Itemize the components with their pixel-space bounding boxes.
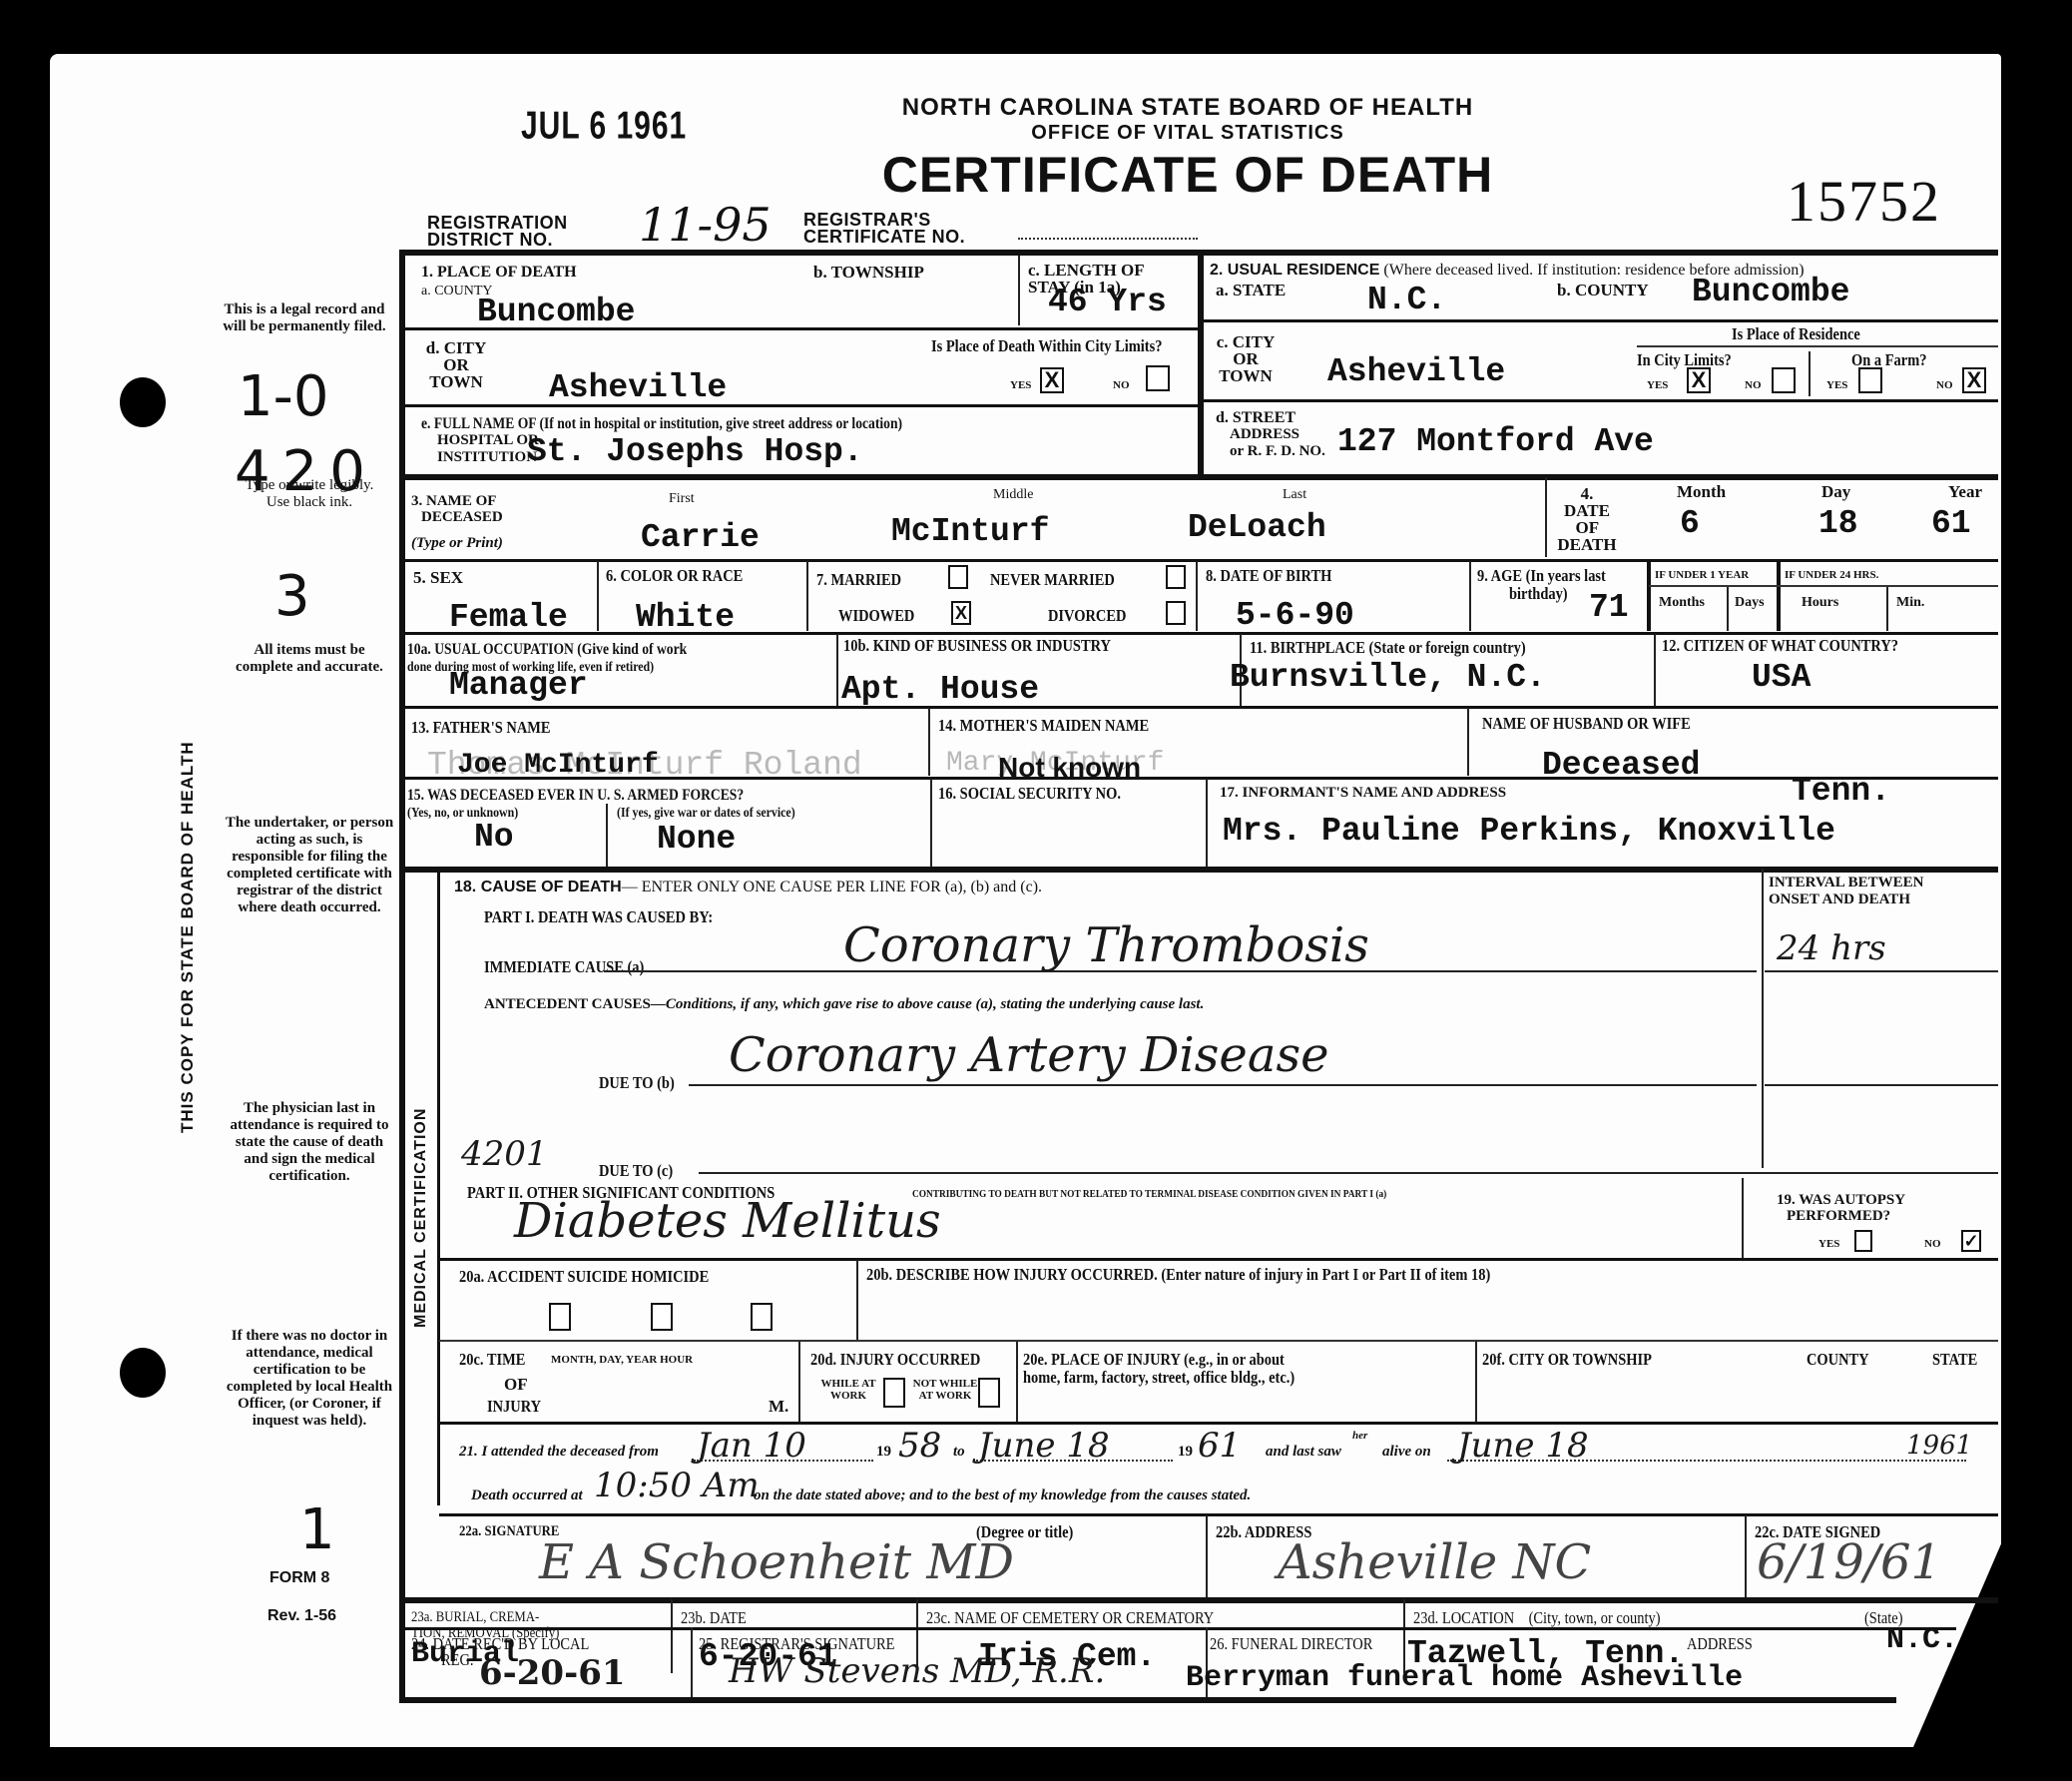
divider xyxy=(439,1340,1998,1342)
vertical-copy-label: THIS COPY FOR STATE BOARD OF HEALTH xyxy=(178,741,198,1133)
accident-checkbox[interactable] xyxy=(549,1303,571,1331)
immediate-cause-label: IMMEDIATE CAUSE (a) xyxy=(484,958,644,975)
divider xyxy=(597,561,599,631)
dob-value: 5-6-90 xyxy=(1236,599,1354,633)
due-to-c-label: DUE TO (c) xyxy=(599,1162,673,1179)
divider xyxy=(405,867,1998,873)
divider xyxy=(1467,708,1469,776)
certificate-number: 15752 xyxy=(1787,168,1941,235)
header-board-of-health: NORTH CAROLINA STATE BOARD OF HEALTH xyxy=(838,94,1537,122)
part2-note: CONTRIBUTING TO DEATH BUT NOT RELATED TO… xyxy=(912,1188,1386,1200)
location-label: 23d. LOCATION (City, town, or county) xyxy=(1413,1609,1661,1626)
time-of-injury-injury: INJURY xyxy=(487,1398,541,1415)
divider xyxy=(1469,561,1471,631)
armed-forces-label: 15. WAS DECEASED EVER IN U. S. ARMED FOR… xyxy=(407,787,744,804)
death-occurred-note: on the date stated above; and to the bes… xyxy=(754,1487,1251,1504)
margin-code: 4201 xyxy=(461,1136,548,1172)
injury-state-label: STATE xyxy=(1932,1351,1977,1368)
divider xyxy=(1886,587,1888,631)
never-married-label: NEVER MARRIED xyxy=(990,571,1115,588)
middle-name-value: McInturf xyxy=(891,515,1049,549)
age-label-b: birthday) xyxy=(1509,585,1568,602)
divider xyxy=(399,1627,405,1701)
autopsy-label-b: PERFORMED? xyxy=(1787,1208,1890,1225)
within-city-label: Is Place of Death Within City Limits? xyxy=(931,337,1162,354)
divider xyxy=(439,1513,1998,1516)
divider xyxy=(691,1627,693,1701)
informant-state-value: Tenn. xyxy=(1792,775,1890,809)
death-month-value: 6 xyxy=(1680,507,1700,541)
in-city-no-checkbox[interactable] xyxy=(1772,367,1796,393)
death-day-value: 18 xyxy=(1818,507,1858,541)
injury-occurred-label: 20d. INJURY OCCURRED xyxy=(810,1351,980,1368)
name-label-c: (Type or Print) xyxy=(411,535,503,552)
length-of-stay-value: 46 Yrs xyxy=(1048,286,1167,319)
received-stamp: JUL 6 1961 xyxy=(521,105,687,149)
no-label: NO xyxy=(1936,379,1953,391)
last-saw-date: June 18 xyxy=(1457,1428,1589,1464)
last-label: Last xyxy=(1283,487,1306,502)
punch-hole-bottom xyxy=(120,1348,166,1398)
divider xyxy=(405,632,1998,635)
registrar-cert-label: REGISTRAR'S CERTIFICATE NO. xyxy=(803,212,1023,246)
divider xyxy=(928,708,930,776)
divider xyxy=(437,867,440,1505)
no-label: NO xyxy=(1924,1238,1941,1250)
time-of-injury-m: M. xyxy=(769,1398,788,1415)
note-undertaker: The undertaker, or person acting as such… xyxy=(225,815,394,916)
while-at-work-checkbox[interactable] xyxy=(883,1378,905,1408)
registrar-signature-label: 25. REGISTRAR'S SIGNATURE xyxy=(699,1635,894,1652)
sex-label: 5. SEX xyxy=(413,569,463,586)
divider xyxy=(1777,561,1781,631)
place-of-injury-label-b: home, farm, factory, street, office bldg… xyxy=(1023,1369,1295,1386)
first-name-value: Carrie xyxy=(641,521,760,555)
citizen-value: USA xyxy=(1752,661,1811,695)
date-received-label-a: 24. DATE REC'D BY LOCAL xyxy=(411,1635,589,1652)
street-label-a: d. STREET xyxy=(1216,409,1295,426)
note-type-legibly: Type or write legibly. Use black ink. xyxy=(235,477,384,511)
institution-label-a: e. FULL NAME OF (If not in hospital or i… xyxy=(421,415,902,432)
divider xyxy=(399,250,405,1700)
informant-label: 17. INFORMANT'S NAME AND ADDRESS xyxy=(1220,785,1506,802)
injury-description-label: 20b. DESCRIBE HOW INJURY OCCURRED. (Ente… xyxy=(866,1266,1490,1283)
divider xyxy=(439,1422,1998,1425)
funeral-director-value: Berryman funeral home Asheville xyxy=(1186,1661,1743,1695)
last-saw-her: her xyxy=(1352,1430,1367,1442)
city-label: d. CITY OR TOWN xyxy=(421,339,491,390)
age-label-a: 9. AGE (In years last xyxy=(1477,567,1606,584)
note-all-items: All items must be complete and accurate. xyxy=(225,642,394,676)
within-city-no-checkbox[interactable] xyxy=(1146,365,1170,391)
hours-label: Hours xyxy=(1802,595,1838,610)
divider xyxy=(1206,779,1208,869)
institution-label-c: INSTITUTION xyxy=(437,449,537,466)
birthplace-label: 11. BIRTHPLACE (State or foreign country… xyxy=(1250,639,1526,656)
middle-label: Middle xyxy=(993,487,1033,502)
funeral-director-label: 26. FUNERAL DIRECTOR xyxy=(1210,1635,1372,1652)
dob-label: 8. DATE OF BIRTH xyxy=(1206,567,1331,584)
page-title: CERTIFICATE OF DEATH xyxy=(818,146,1557,204)
city-township-label: 20f. CITY OR TOWNSHIP xyxy=(1482,1351,1652,1368)
residence-county-label: b. COUNTY xyxy=(1557,282,1649,298)
yes-label: YES xyxy=(1010,379,1031,391)
date-signed-value: 6/19/61 xyxy=(1757,1537,1941,1587)
divider xyxy=(836,634,838,706)
divider xyxy=(1475,1342,1477,1422)
date-received-value: 6-20-61 xyxy=(479,1655,626,1691)
year-label: Year xyxy=(1948,483,1982,500)
header-vital-statistics: OFFICE OF VITAL STATISTICS xyxy=(888,122,1487,145)
divider xyxy=(1018,256,1020,325)
hand-code-4: 1 xyxy=(299,1497,335,1562)
business-label: 10b. KIND OF BUSINESS OR INDUSTRY xyxy=(843,637,1111,654)
ssn-label: 16. SOCIAL SECURITY NO. xyxy=(938,785,1121,802)
age-value: 71 xyxy=(1589,591,1629,625)
divider xyxy=(1545,477,1547,557)
day-label: Day xyxy=(1821,483,1850,500)
institution-label-b: HOSPITAL OR xyxy=(437,432,539,449)
death-occurred-label: Death occurred at xyxy=(471,1487,583,1504)
divider xyxy=(1637,345,1998,347)
institution-value: St. Josephs Hosp. xyxy=(527,435,863,469)
residence-city-label: c. CITY OR TOWN xyxy=(1216,333,1276,384)
attended-from-year: 58 xyxy=(898,1428,941,1464)
burial-date-label: 23b. DATE xyxy=(681,1609,747,1626)
under-1-year-label: IF UNDER 1 YEAR xyxy=(1655,569,1749,581)
divider xyxy=(1206,1515,1208,1597)
first-label: First xyxy=(669,491,695,506)
due-to-b-line xyxy=(689,1084,1757,1086)
registration-district-label: REGISTRATION DISTRICT NO. xyxy=(427,215,597,249)
to-label: to xyxy=(953,1444,965,1461)
attended-to-year-prefix: 19 xyxy=(1178,1444,1193,1461)
months-label: Months xyxy=(1659,595,1705,610)
time-of-injury-sub: MONTH, DAY, YEAR HOUR xyxy=(551,1354,693,1366)
last-saw-year: 1961 xyxy=(1906,1428,1972,1464)
divider xyxy=(606,804,608,869)
divider xyxy=(1204,399,1998,402)
death-year-value: 61 xyxy=(1931,507,1971,541)
divider xyxy=(1742,1178,1744,1258)
divider xyxy=(1198,250,1204,474)
due-to-c-line xyxy=(699,1172,1998,1174)
attended-label: 21. I attended the deceased from xyxy=(459,1444,659,1461)
divider xyxy=(806,561,808,631)
form-number: FORM 8 xyxy=(269,1569,329,1587)
funeral-address-label: ADDRESS xyxy=(1687,1635,1753,1652)
part1-label: PART I. DEATH WAS CAUSED BY: xyxy=(484,908,713,925)
divider xyxy=(1809,351,1811,396)
divider xyxy=(399,1697,1896,1703)
death-county-value: Buncombe xyxy=(477,296,635,329)
attended-from-year-prefix: 19 xyxy=(876,1444,891,1461)
residence-state-label: a. STATE xyxy=(1216,282,1286,298)
note-legal-record: This is a legal record and will be perma… xyxy=(220,301,389,335)
while-at-work-label: WHILE AT WORK xyxy=(813,1378,883,1402)
divider xyxy=(405,777,1998,780)
attended-from-value: Jan 10 xyxy=(697,1428,806,1464)
in-city-limits-label: In City Limits? xyxy=(1637,351,1732,368)
burial-method-label-a: 23a. BURIAL, CREMA- xyxy=(411,1609,539,1626)
date-of-death-label: 4. DATE OF DEATH xyxy=(1557,485,1617,553)
street-value: 127 Montford Ave xyxy=(1337,425,1654,459)
attended-to-year: 61 xyxy=(1198,1428,1241,1464)
month-label: Month xyxy=(1677,483,1726,500)
autopsy-no-checkbox[interactable]: ✓ xyxy=(1961,1230,1981,1252)
divider xyxy=(405,327,1198,330)
medical-certification-label: MEDICAL CERTIFICATION xyxy=(412,1108,430,1328)
residence-city-value: Asheville xyxy=(1327,355,1505,389)
armed-forces-value: No xyxy=(474,821,514,855)
yes-label: YES xyxy=(1826,379,1847,391)
divider xyxy=(1745,1515,1747,1597)
yes-label: YES xyxy=(1818,1238,1839,1250)
father-label: 13. FATHER'S NAME xyxy=(411,719,551,736)
married-checkbox[interactable] xyxy=(948,565,968,589)
divider xyxy=(1654,634,1656,706)
street-label-c: or R. F. D. NO. xyxy=(1230,443,1325,460)
death-time-value: 10:50 Am xyxy=(594,1468,760,1503)
cause-of-death-header: 18. CAUSE OF DEATH— ENTER ONLY ONE CAUSE… xyxy=(454,879,1042,895)
due-to-b-value: Coronary Artery Disease xyxy=(729,1030,1328,1080)
place-of-residence-label: Is Place of Residence xyxy=(1732,325,1860,342)
autopsy-label-a: 19. WAS AUTOPSY xyxy=(1777,1192,1905,1209)
residence-state-value: N.C. xyxy=(1367,284,1446,317)
citizen-label: 12. CITIZEN OF WHAT COUNTRY? xyxy=(1662,637,1898,654)
service-dates-value: None xyxy=(657,823,736,857)
no-label: NO xyxy=(1745,379,1762,391)
registrar-signature: HW Stevens MD, R.R. xyxy=(729,1653,1105,1689)
divider xyxy=(798,1342,800,1422)
place-of-injury-label-a: 20e. PLACE OF INJURY (e.g., in or about xyxy=(1023,1351,1285,1368)
occupation-value: Manager xyxy=(449,669,588,703)
widowed-checkbox[interactable]: X xyxy=(951,601,971,625)
last-saw-label-a: and last saw xyxy=(1266,1444,1341,1461)
on-farm-label: On a Farm? xyxy=(1851,351,1926,368)
race-label: 6. COLOR OR RACE xyxy=(606,567,743,584)
business-value: Apt. House xyxy=(841,673,1039,707)
divorced-label: DIVORCED xyxy=(1048,607,1126,624)
death-city-value: Asheville xyxy=(549,371,727,405)
divider xyxy=(399,474,1998,480)
interval-label-a: INTERVAL BETWEEN xyxy=(1769,875,1924,891)
divorced-checkbox[interactable] xyxy=(1166,601,1186,625)
spouse-label: NAME OF HUSBAND OR WIFE xyxy=(1482,715,1691,732)
name-label-a: 3. NAME OF xyxy=(411,493,496,510)
physician-address-value: Asheville NC xyxy=(1278,1537,1591,1587)
last-name-value: DeLoach xyxy=(1188,511,1326,545)
note-physician: The physician last in attendance is requ… xyxy=(225,1100,394,1185)
residence-county-value: Buncombe xyxy=(1692,276,1849,309)
registrar-cert-field xyxy=(1018,238,1198,240)
divider xyxy=(1727,587,1729,631)
divider xyxy=(1649,585,1998,587)
divider xyxy=(856,1260,858,1340)
antecedent-causes-label: ANTECEDENT CAUSES—Conditions, if any, wh… xyxy=(484,996,1204,1013)
divider xyxy=(405,559,1998,562)
hand-code-1: 1-0 xyxy=(238,364,328,429)
not-while-at-work-label: NOT WHILE AT WORK xyxy=(910,1378,980,1402)
injury-county-label: COUNTY xyxy=(1807,1351,1869,1368)
physician-signature: E A Schoenheit MD xyxy=(539,1537,1014,1587)
widowed-label: WIDOWED xyxy=(838,607,914,624)
divider xyxy=(1204,319,1998,322)
date-received-label-b: REG. xyxy=(441,1651,474,1668)
divider xyxy=(930,779,932,869)
part2-value: Diabetes Mellitus xyxy=(514,1196,941,1246)
due-to-b-label: DUE TO (b) xyxy=(599,1074,675,1091)
immediate-cause-value: Coronary Thrombosis xyxy=(843,920,1369,970)
time-of-injury-label: 20c. TIME xyxy=(459,1351,525,1368)
homicide-checkbox[interactable] xyxy=(751,1303,773,1331)
yes-label: YES xyxy=(1647,379,1668,391)
suicide-checkbox[interactable] xyxy=(651,1303,673,1331)
autopsy-yes-checkbox[interactable] xyxy=(1854,1230,1872,1252)
township-label: b. TOWNSHIP xyxy=(813,264,924,281)
no-label: NO xyxy=(1113,379,1130,391)
married-label: 7. MARRIED xyxy=(816,571,901,588)
on-farm-no-checkbox[interactable]: X xyxy=(1962,367,1986,393)
note-no-doctor: If there was no doctor in attendance, me… xyxy=(225,1328,394,1430)
in-city-yes-checkbox[interactable]: X xyxy=(1687,367,1711,393)
occupation-label-a: 10a. USUAL OCCUPATION (Give kind of work xyxy=(407,641,687,658)
street-label-b: ADDRESS xyxy=(1230,426,1299,443)
interval-label-b: ONSET AND DEATH xyxy=(1769,891,1910,908)
under-24-hrs-label: IF UNDER 24 HRS. xyxy=(1785,569,1878,581)
hand-code-3: 3 xyxy=(274,564,310,629)
sex-value: Female xyxy=(449,601,568,635)
divider xyxy=(1647,561,1651,631)
divider xyxy=(405,404,1198,407)
min-label: Min. xyxy=(1896,595,1924,610)
not-while-at-work-checkbox[interactable] xyxy=(978,1378,1000,1408)
days-label: Days xyxy=(1735,595,1765,610)
interval-line-b xyxy=(1765,1084,1998,1086)
registration-district-value: 11-95 xyxy=(639,198,772,252)
place-of-death-label: 1. PLACE OF DEATH xyxy=(421,264,577,281)
divider xyxy=(399,1627,1956,1630)
form-revision: Rev. 1-56 xyxy=(267,1607,336,1625)
accident-label: 20a. ACCIDENT SUICIDE HOMICIDE xyxy=(459,1268,709,1285)
mother-label: 14. MOTHER'S MAIDEN NAME xyxy=(938,717,1149,734)
divider xyxy=(405,706,1998,709)
divider xyxy=(1196,561,1198,631)
attended-to-value: June 18 xyxy=(978,1428,1110,1464)
armed-forces-sub-b: (If yes, give war or dates of service) xyxy=(617,805,795,822)
interval-line-a xyxy=(1765,970,1998,972)
funeral-state-value: N.C. xyxy=(1886,1623,1958,1657)
informant-value: Mrs. Pauline Perkins, Knoxville xyxy=(1223,815,1835,849)
divider xyxy=(405,1597,1998,1603)
burial-registration-row: 24. DATE REC'D BY LOCAL REG. 6-20-61 25.… xyxy=(399,1627,1998,1701)
on-farm-yes-checkbox[interactable] xyxy=(1858,367,1882,393)
immediate-interval-value: 24 hrs xyxy=(1777,930,1886,966)
time-of-injury-of: OF xyxy=(504,1376,528,1393)
divider xyxy=(1016,1342,1018,1422)
last-saw-label-b: alive on xyxy=(1382,1444,1431,1461)
never-married-checkbox[interactable] xyxy=(1166,565,1186,589)
name-label-b: DECEASED xyxy=(421,509,503,526)
punch-hole-top xyxy=(120,377,166,427)
cemetery-label: 23c. NAME OF CEMETERY OR CREMATORY xyxy=(926,1609,1214,1626)
divider xyxy=(1762,869,1764,1168)
divider xyxy=(439,1258,1998,1261)
within-city-yes-checkbox[interactable]: X xyxy=(1040,367,1064,393)
certificate-form: 1. PLACE OF DEATH a. COUNTY Buncombe b. … xyxy=(399,250,1998,1700)
birthplace-value: Burnsville, N.C. xyxy=(1230,661,1546,695)
race-value: White xyxy=(636,601,735,635)
